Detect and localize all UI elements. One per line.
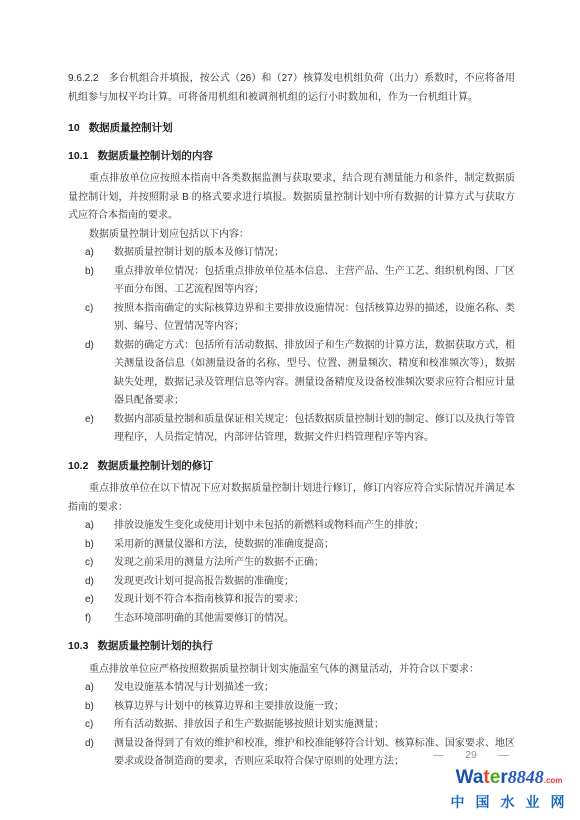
list-item-a: a)数据质量控制计划的版本及修订情况；: [68, 244, 515, 263]
list-item-d: d)数据的确定方式：包括所有活动数据、排放因子和生产数据的计算方法，数据获取方式…: [68, 337, 515, 411]
watermark-logo: Water8848.com 中国水业网: [439, 766, 579, 812]
list-item-marker: a): [85, 517, 114, 536]
list-item-d: d)发现更改计划可提高报告数据的准确度；: [68, 573, 515, 592]
list-item-text: 所有活动数据、排放因子和生产数据能够按照计划实施测量；: [114, 716, 515, 735]
list-item-b: b)重点排放单位情况：包括重点排放单位基本信息、主营产品、生产工艺、组织机构图、…: [68, 263, 515, 300]
section-heading-10.2: 10.2数据质量控制计划的修订: [68, 457, 515, 476]
list-item-marker: d): [85, 735, 114, 772]
watermark-brand: Water8848.com: [439, 766, 579, 792]
list-item-c: c)按照本指南确定的实际核算边界和主要排放设施情况：包括核算边界的描述，设施名称…: [68, 300, 515, 337]
list-item-marker: d): [85, 337, 114, 411]
section-heading-number: 10.1: [68, 150, 88, 162]
watermark-brand-word: Water: [456, 767, 508, 788]
list-item-text: 按照本指南确定的实际核算边界和主要排放设施情况：包括核算边界的描述，设施名称、类…: [114, 300, 515, 337]
watermark-brand-letter: e: [490, 767, 501, 788]
list-item-marker: a): [85, 679, 114, 698]
list-item-text: 发电设施基本情况与计划描述一致；: [114, 679, 515, 698]
list-item-c: c)发现之前采用的测量方法所产生的数据不正确；: [68, 554, 515, 573]
paragraph: 重点排放单位在以下情况下应对数据质量控制计划进行修订，修订内容应符合实际情况并满…: [68, 480, 515, 517]
document-content: 9.6.2.2 多台机组合并填报，按公式（26）和（27）核算发电机组负荷（出力…: [68, 70, 515, 772]
list-item-marker: d): [85, 573, 114, 592]
watermark-brand-letter: r: [500, 767, 507, 788]
list-item-text: 数据内部质量控制和质量保证相关规定：包括数据质量控制计划的制定、修订以及执行等管…: [114, 411, 515, 448]
list-item-f: f)生态环境部明确的其他需要修订的情况。: [68, 610, 515, 629]
list-item-marker: b): [85, 263, 114, 300]
section-heading-10.1: 10.1数据质量控制计划的内容: [68, 147, 515, 166]
list-item-text: 数据质量控制计划的版本及修订情况；: [114, 244, 515, 263]
list-item-b: b)采用新的测量仪器和方法，使数据的准确度提高；: [68, 536, 515, 555]
page-number-dash-left: —: [433, 749, 444, 761]
section-heading-10.3: 10.3数据质量控制计划的执行: [68, 637, 515, 656]
list-item-marker: c): [85, 716, 114, 735]
list-item-e: e)数据内部质量控制和质量保证相关规定：包括数据质量控制计划的制定、修订以及执行…: [68, 411, 515, 448]
list-item-marker: a): [85, 244, 114, 263]
section-heading-10: 10数据质量控制计划: [68, 119, 515, 138]
watermark-site-name: 中国水业网: [439, 792, 579, 812]
list-item-marker: f): [85, 610, 114, 629]
watermark-brand-tld: .com: [544, 776, 563, 785]
list-item-text: 发现之前采用的测量方法所产生的数据不正确；: [114, 554, 515, 573]
list-item-marker: b): [85, 536, 114, 555]
paragraph: 9.6.2.2 多台机组合并填报，按公式（26）和（27）核算发电机组负荷（出力…: [68, 70, 515, 107]
paragraph: 重点排放单位应严格按照数据质量控制计划实施温室气体的测量活动，并符合以下要求：: [68, 661, 515, 680]
list-item-marker: b): [85, 698, 114, 717]
list-item-e: e)发现计划不符合本指南核算和报告的要求；: [68, 591, 515, 610]
paragraph: 数据质量控制计划应包括以下内容：: [68, 226, 515, 245]
watermark-brand-letter: a: [473, 767, 484, 788]
list-item-marker: c): [85, 554, 114, 573]
list-item-text: 生态环境部明确的其他需要修订的情况。: [114, 610, 515, 629]
list-item-c: c)所有活动数据、排放因子和生产数据能够按照计划实施测量；: [68, 716, 515, 735]
list-item-text: 发现更改计划可提高报告数据的准确度；: [114, 573, 515, 592]
section-heading-title: 数据质量控制计划的修订: [97, 460, 213, 472]
page-number-value: 29: [465, 749, 477, 761]
section-heading-number: 10.3: [68, 640, 88, 652]
list-item-text: 数据的确定方式：包括所有活动数据、排放因子和生产数据的计算方法，数据获取方式，相…: [114, 337, 515, 411]
page-number-dash-right: —: [499, 749, 510, 761]
section-heading-title: 数据质量控制计划的内容: [97, 150, 213, 162]
page-number: — 29 —: [433, 749, 509, 761]
list-item-marker: c): [85, 300, 114, 337]
list-item-marker: e): [85, 591, 114, 610]
paragraph: 重点排放单位应按照本指南中各类数据监测与获取要求，结合现有测量能力和条件，制定数…: [68, 170, 515, 226]
list-item-b: b)核算边界与计划中的核算边界和主要排放设施一致；: [68, 698, 515, 717]
list-item-a: a)发电设施基本情况与计划描述一致；: [68, 679, 515, 698]
list-item-text: 发现计划不符合本指南核算和报告的要求；: [114, 591, 515, 610]
watermark-brand-number: 8848: [508, 767, 544, 787]
watermark-brand-letter: W: [456, 767, 473, 788]
list-item-marker: e): [85, 411, 114, 448]
scanned-document-page: { "document": { "sections": [ {"type":"p…: [0, 0, 580, 820]
section-heading-number: 10.2: [68, 460, 88, 472]
list-item-text: 核算边界与计划中的核算边界和主要排放设施一致；: [114, 698, 515, 717]
list-item-a: a)排放设施发生变化或使用计划中未包括的新燃料或物料而产生的排放；: [68, 517, 515, 536]
section-heading-number: 10: [68, 122, 80, 134]
list-item-text: 采用新的测量仪器和方法，使数据的准确度提高；: [114, 536, 515, 555]
document-page: 9.6.2.2 多台机组合并填报，按公式（26）和（27）核算发电机组负荷（出力…: [0, 0, 580, 820]
list-item-text: 排放设施发生变化或使用计划中未包括的新燃料或物料而产生的排放；: [114, 517, 515, 536]
section-heading-title: 数据质量控制计划的执行: [97, 640, 213, 652]
list-item-text: 重点排放单位情况：包括重点排放单位基本信息、主营产品、生产工艺、组织机构图、厂区…: [114, 263, 515, 300]
section-heading-title: 数据质量控制计划: [89, 122, 173, 134]
